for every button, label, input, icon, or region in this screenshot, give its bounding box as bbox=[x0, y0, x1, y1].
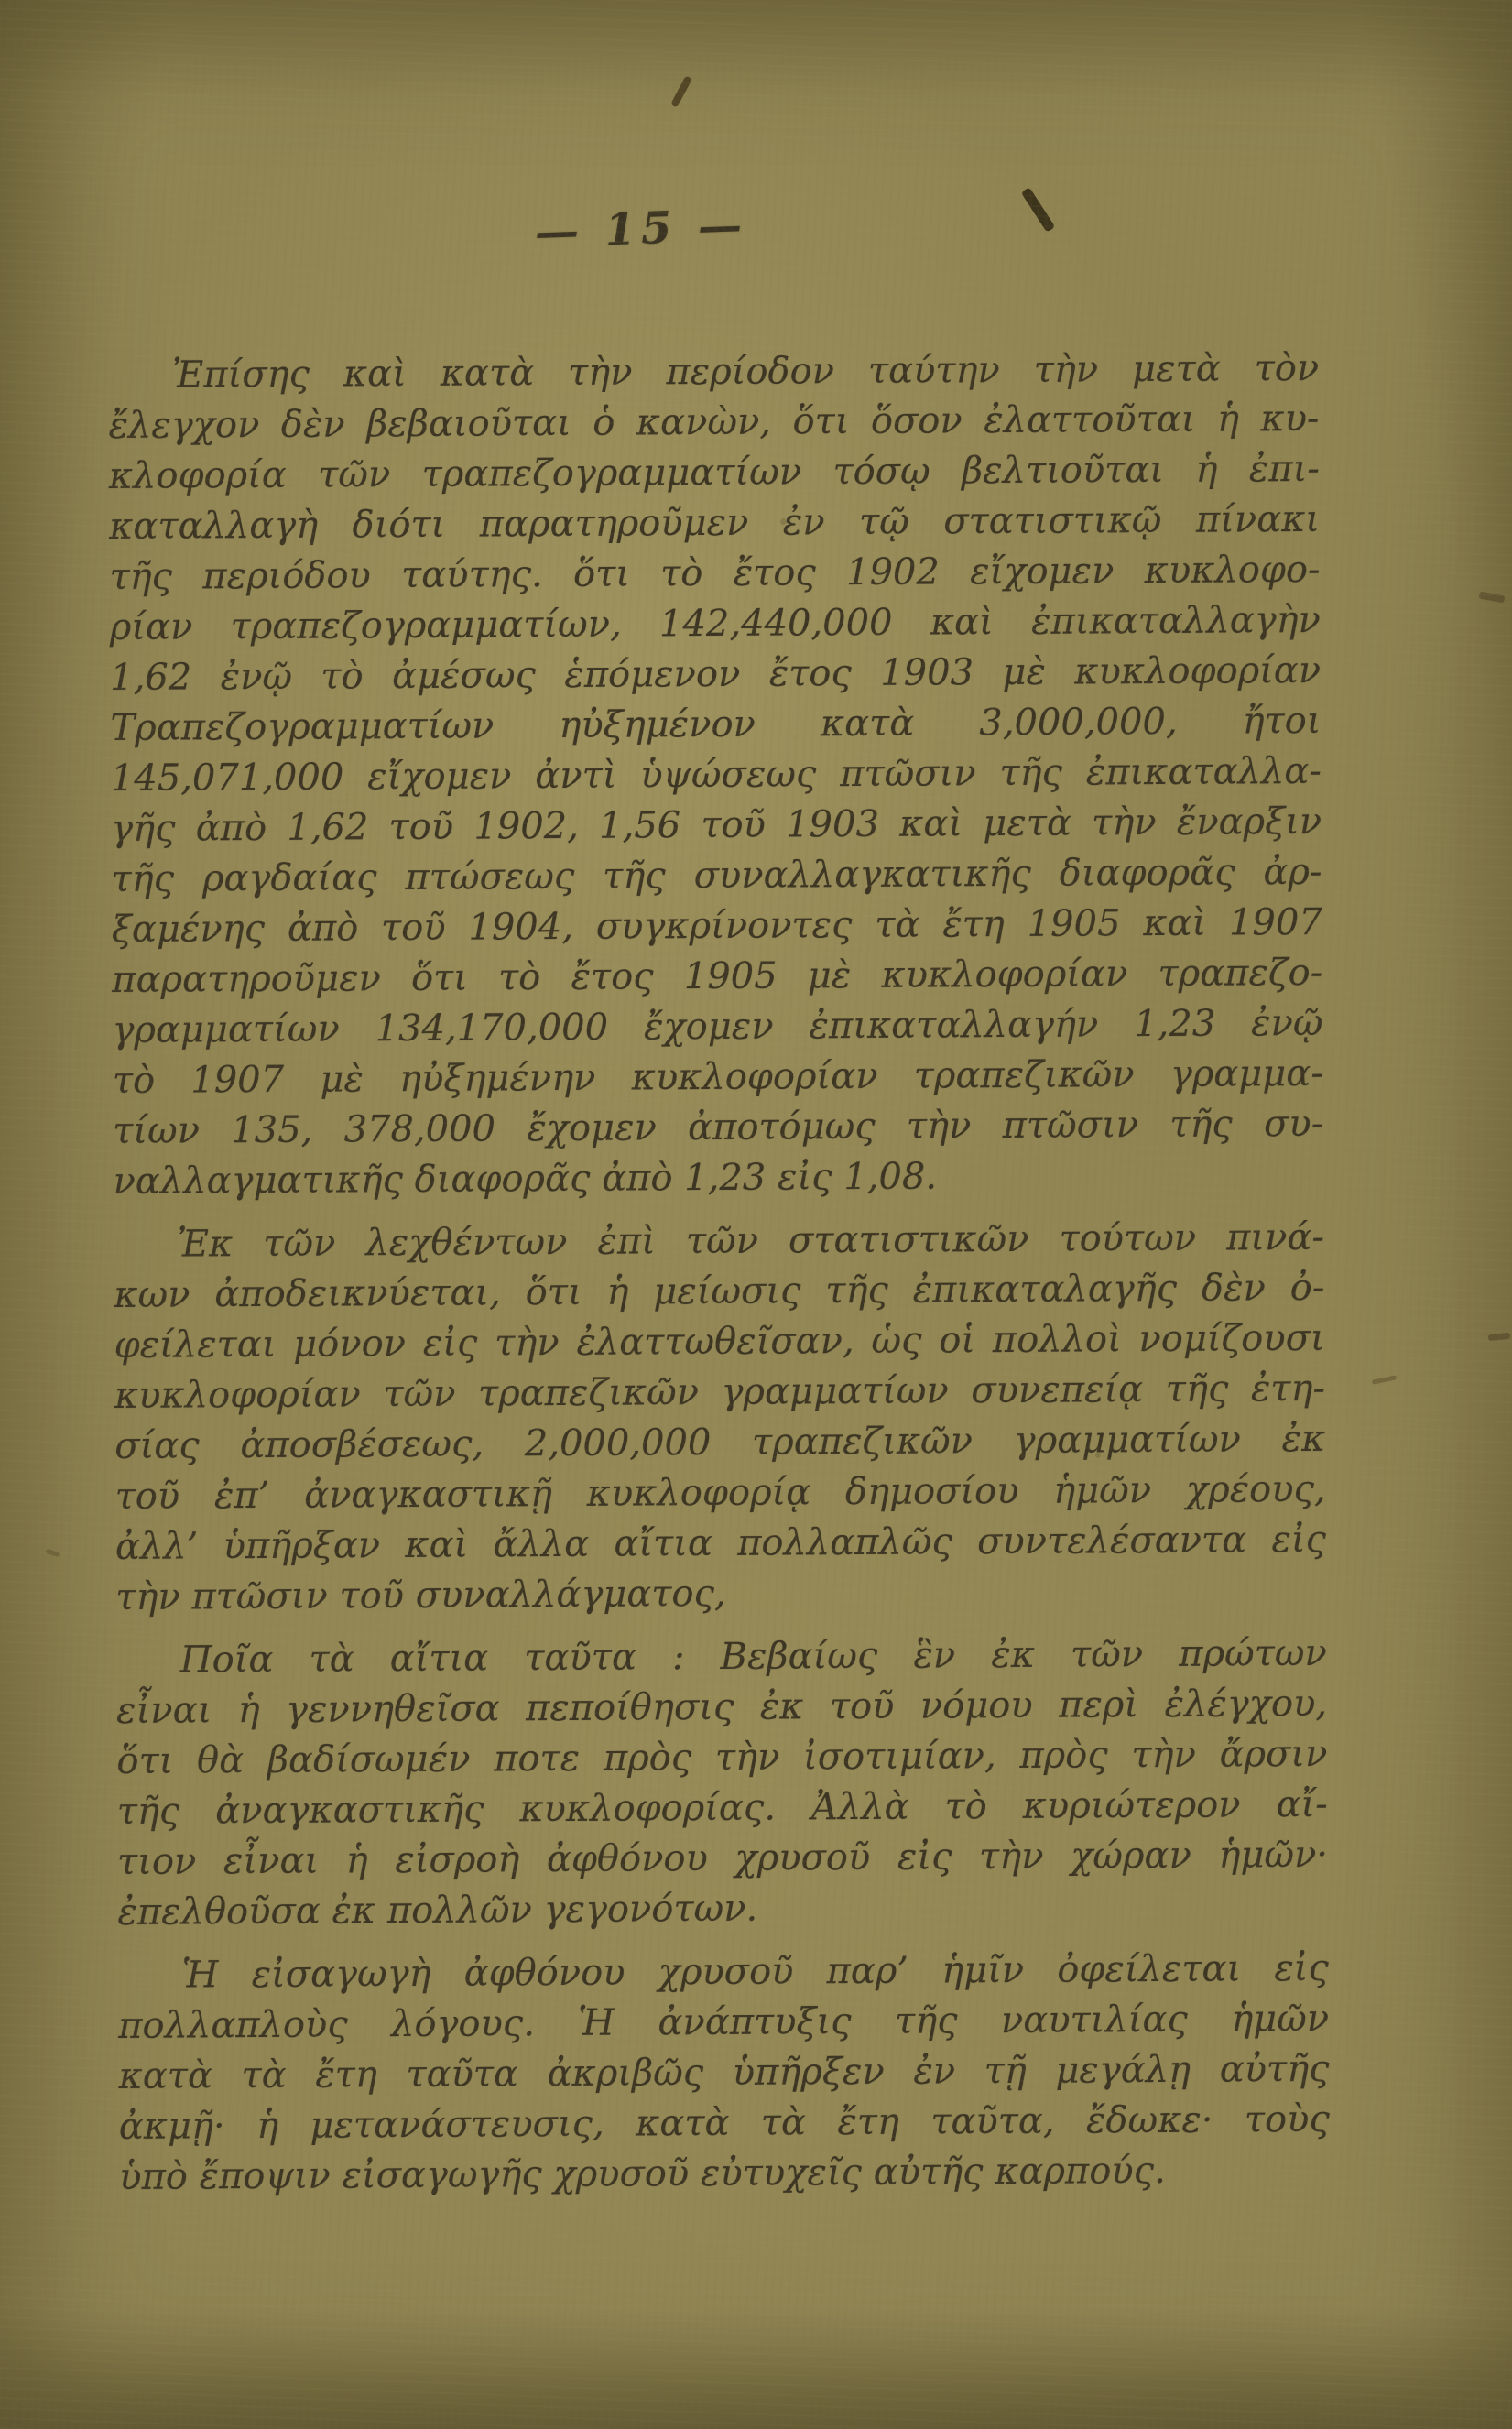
paper-speck bbox=[46, 1549, 60, 1557]
paragraph: Ἡ εἰσαγωγὴ ἀφθόνου χρυσοῦ παρ’ ἡμῖν ὀφεί… bbox=[118, 1944, 1331, 2203]
text-line: ναλλαγματικῆς διαφορᾶς ἀπὸ 1,23 εἰς 1,08… bbox=[113, 1149, 1323, 1207]
text-line: ξαμένης ἀπὸ τοῦ 1904, συγκρίνοντες τὰ ἔτ… bbox=[112, 898, 1322, 955]
text-line: 1,62 ἐνῷ τὸ ἀμέσως ἑπόμενον ἔτος 1903 μὲ… bbox=[110, 646, 1321, 703]
text-line: τιον εἶναι ἡ εἰσροὴ ἀφθόνου χρυσοῦ εἰς τ… bbox=[117, 1830, 1328, 1888]
text-line: ὅτι θὰ βαδίσωμέν ποτε πρὸς τὴν ἰσοτιμίαν… bbox=[116, 1729, 1327, 1787]
text-line: παρατηροῦμεν ὅτι τὸ ἔτος 1905 μὲ κυκλοφο… bbox=[112, 948, 1322, 1006]
text-line: σίας ἀποσβέσεως, 2,000,000 τραπεζικῶν γρ… bbox=[114, 1414, 1325, 1472]
text-line: ἔλεγχον δὲν βεβαιοῦται ὁ κανὼν, ὅτι ὅσον… bbox=[108, 394, 1319, 452]
text-line: τῆς περιόδου ταύτης. ὅτι τὸ ἔτος 1902 εἴ… bbox=[109, 545, 1320, 603]
text-line: τῆς ραγδαίας πτώσεως τῆς συναλλαγκατικῆς… bbox=[111, 847, 1322, 905]
text-line: κατὰ τὰ ἔτη ταῦτα ἀκριβῶς ὑπῆρξεν ἐν τῇ … bbox=[118, 2044, 1329, 2102]
text-line: τὴν πτῶσιν τοῦ συναλλάγματος, bbox=[115, 1565, 1326, 1623]
text-line: γραμματίων 134,170,000 ἔχομεν ἐπικαταλλα… bbox=[112, 998, 1322, 1056]
text-line: ἀλλ’ ὑπῆρξαν καὶ ἄλλα αἴτια πολλαπλῶς συ… bbox=[115, 1515, 1326, 1573]
text-line: Ποῖα τὰ αἴτια ταῦτα : Βεβαίως ἓν ἐκ τῶν … bbox=[116, 1628, 1327, 1686]
text-line: φείλεται μόνον εἰς τὴν ἐλαττωθεῖσαν, ὡς … bbox=[114, 1313, 1324, 1371]
text-line: Ἐκ τῶν λεχθέντων ἐπὶ τῶν στατιστικῶν τού… bbox=[114, 1213, 1324, 1270]
text-line: καταλλαγὴ διότι παρατηροῦμεν ἐν τῷ στατι… bbox=[109, 495, 1320, 552]
paper-speck bbox=[1372, 1375, 1397, 1385]
ink-slash-mark bbox=[670, 75, 692, 108]
text-line: κυκλοφορίαν τῶν τραπεζικῶν γραμματίων συ… bbox=[114, 1364, 1325, 1421]
text-line: γῆς ἀπὸ 1,62 τοῦ 1902, 1,56 τοῦ 1903 καὶ… bbox=[111, 797, 1322, 855]
paragraph: Ἐκ τῶν λεχθέντων ἐπὶ τῶν στατιστικῶν τού… bbox=[114, 1213, 1327, 1623]
text-line: τῆς ἀναγκαστικῆς κυκλοφορίας. Ἀλλὰ τὸ κυ… bbox=[117, 1780, 1328, 1837]
text-block: Ἐπίσης καὶ κατὰ τὴν περίοδον ταύτην τὴν … bbox=[108, 343, 1330, 2203]
text-line: τὸ 1907 μὲ ηὐξημένην κυκλοφορίαν τραπεζι… bbox=[113, 1049, 1323, 1106]
text-line: ὑπὸ ἔποψιν εἰσαγωγῆς χρυσοῦ εὐτυχεῖς αὐτ… bbox=[119, 2145, 1330, 2203]
text-line: ρίαν τραπεζογραμματίων, 142,440,000 καὶ … bbox=[110, 595, 1321, 653]
paper-speck bbox=[1479, 592, 1506, 604]
text-line: κλοφορία τῶν τραπεζογραμματίων τόσῳ βελτ… bbox=[109, 444, 1320, 502]
paragraph: Ποῖα τὰ αἴτια ταῦτα : Βεβαίως ἓν ἐκ τῶν … bbox=[116, 1628, 1329, 1938]
text-line: 145,071,000 εἴχομεν ἀντὶ ὑψώσεως πτῶσιν … bbox=[111, 746, 1322, 804]
text-line: Ἐπίσης καὶ κατὰ τὴν περίοδον ταύτην τὴν … bbox=[108, 343, 1319, 401]
page-number: — 15 — bbox=[507, 199, 775, 263]
text-line: ἐπελθοῦσα ἐκ πολλῶν γεγονότων. bbox=[117, 1880, 1328, 1938]
text-line: ἀκμῇ· ἡ μετανάστευσις, κατὰ τὰ ἔτη ταῦτα… bbox=[119, 2095, 1330, 2152]
text-line: Τραπεζογραμματίων ηὐξημένον κατὰ 3,000,0… bbox=[110, 696, 1321, 754]
text-line: Ἡ εἰσαγωγὴ ἀφθόνου χρυσοῦ παρ’ ἡμῖν ὀφεί… bbox=[118, 1944, 1329, 2001]
text-line: κων ἀποδεικνύεται, ὅτι ἡ μείωσις τῆς ἐπι… bbox=[114, 1263, 1324, 1321]
paper-speck bbox=[1488, 1333, 1511, 1341]
text-line: τοῦ ἐπ’ ἀναγκαστικῇ κυκλοφορίᾳ δημοσίου … bbox=[114, 1465, 1325, 1522]
text-line: πολλαπλοὺς λόγους. Ἡ ἀνάπτυξις τῆς ναυτι… bbox=[118, 1994, 1329, 2052]
text-line: εἶναι ἡ γεννηθεῖσα πεποίθησις ἐκ τοῦ νόμ… bbox=[116, 1679, 1327, 1737]
paragraph: Ἐπίσης καὶ κατὰ τὴν περίοδον ταύτην τὴν … bbox=[108, 343, 1324, 1207]
text-line: τίων 135, 378,000 ἔχομεν ἀποτόμως τὴν πτ… bbox=[113, 1099, 1323, 1157]
ink-backslash-mark bbox=[1021, 187, 1056, 233]
scanned-book-page: — 15 — Ἐπίσης καὶ κατὰ τὴν περίοδον ταύτ… bbox=[0, 0, 1512, 2429]
